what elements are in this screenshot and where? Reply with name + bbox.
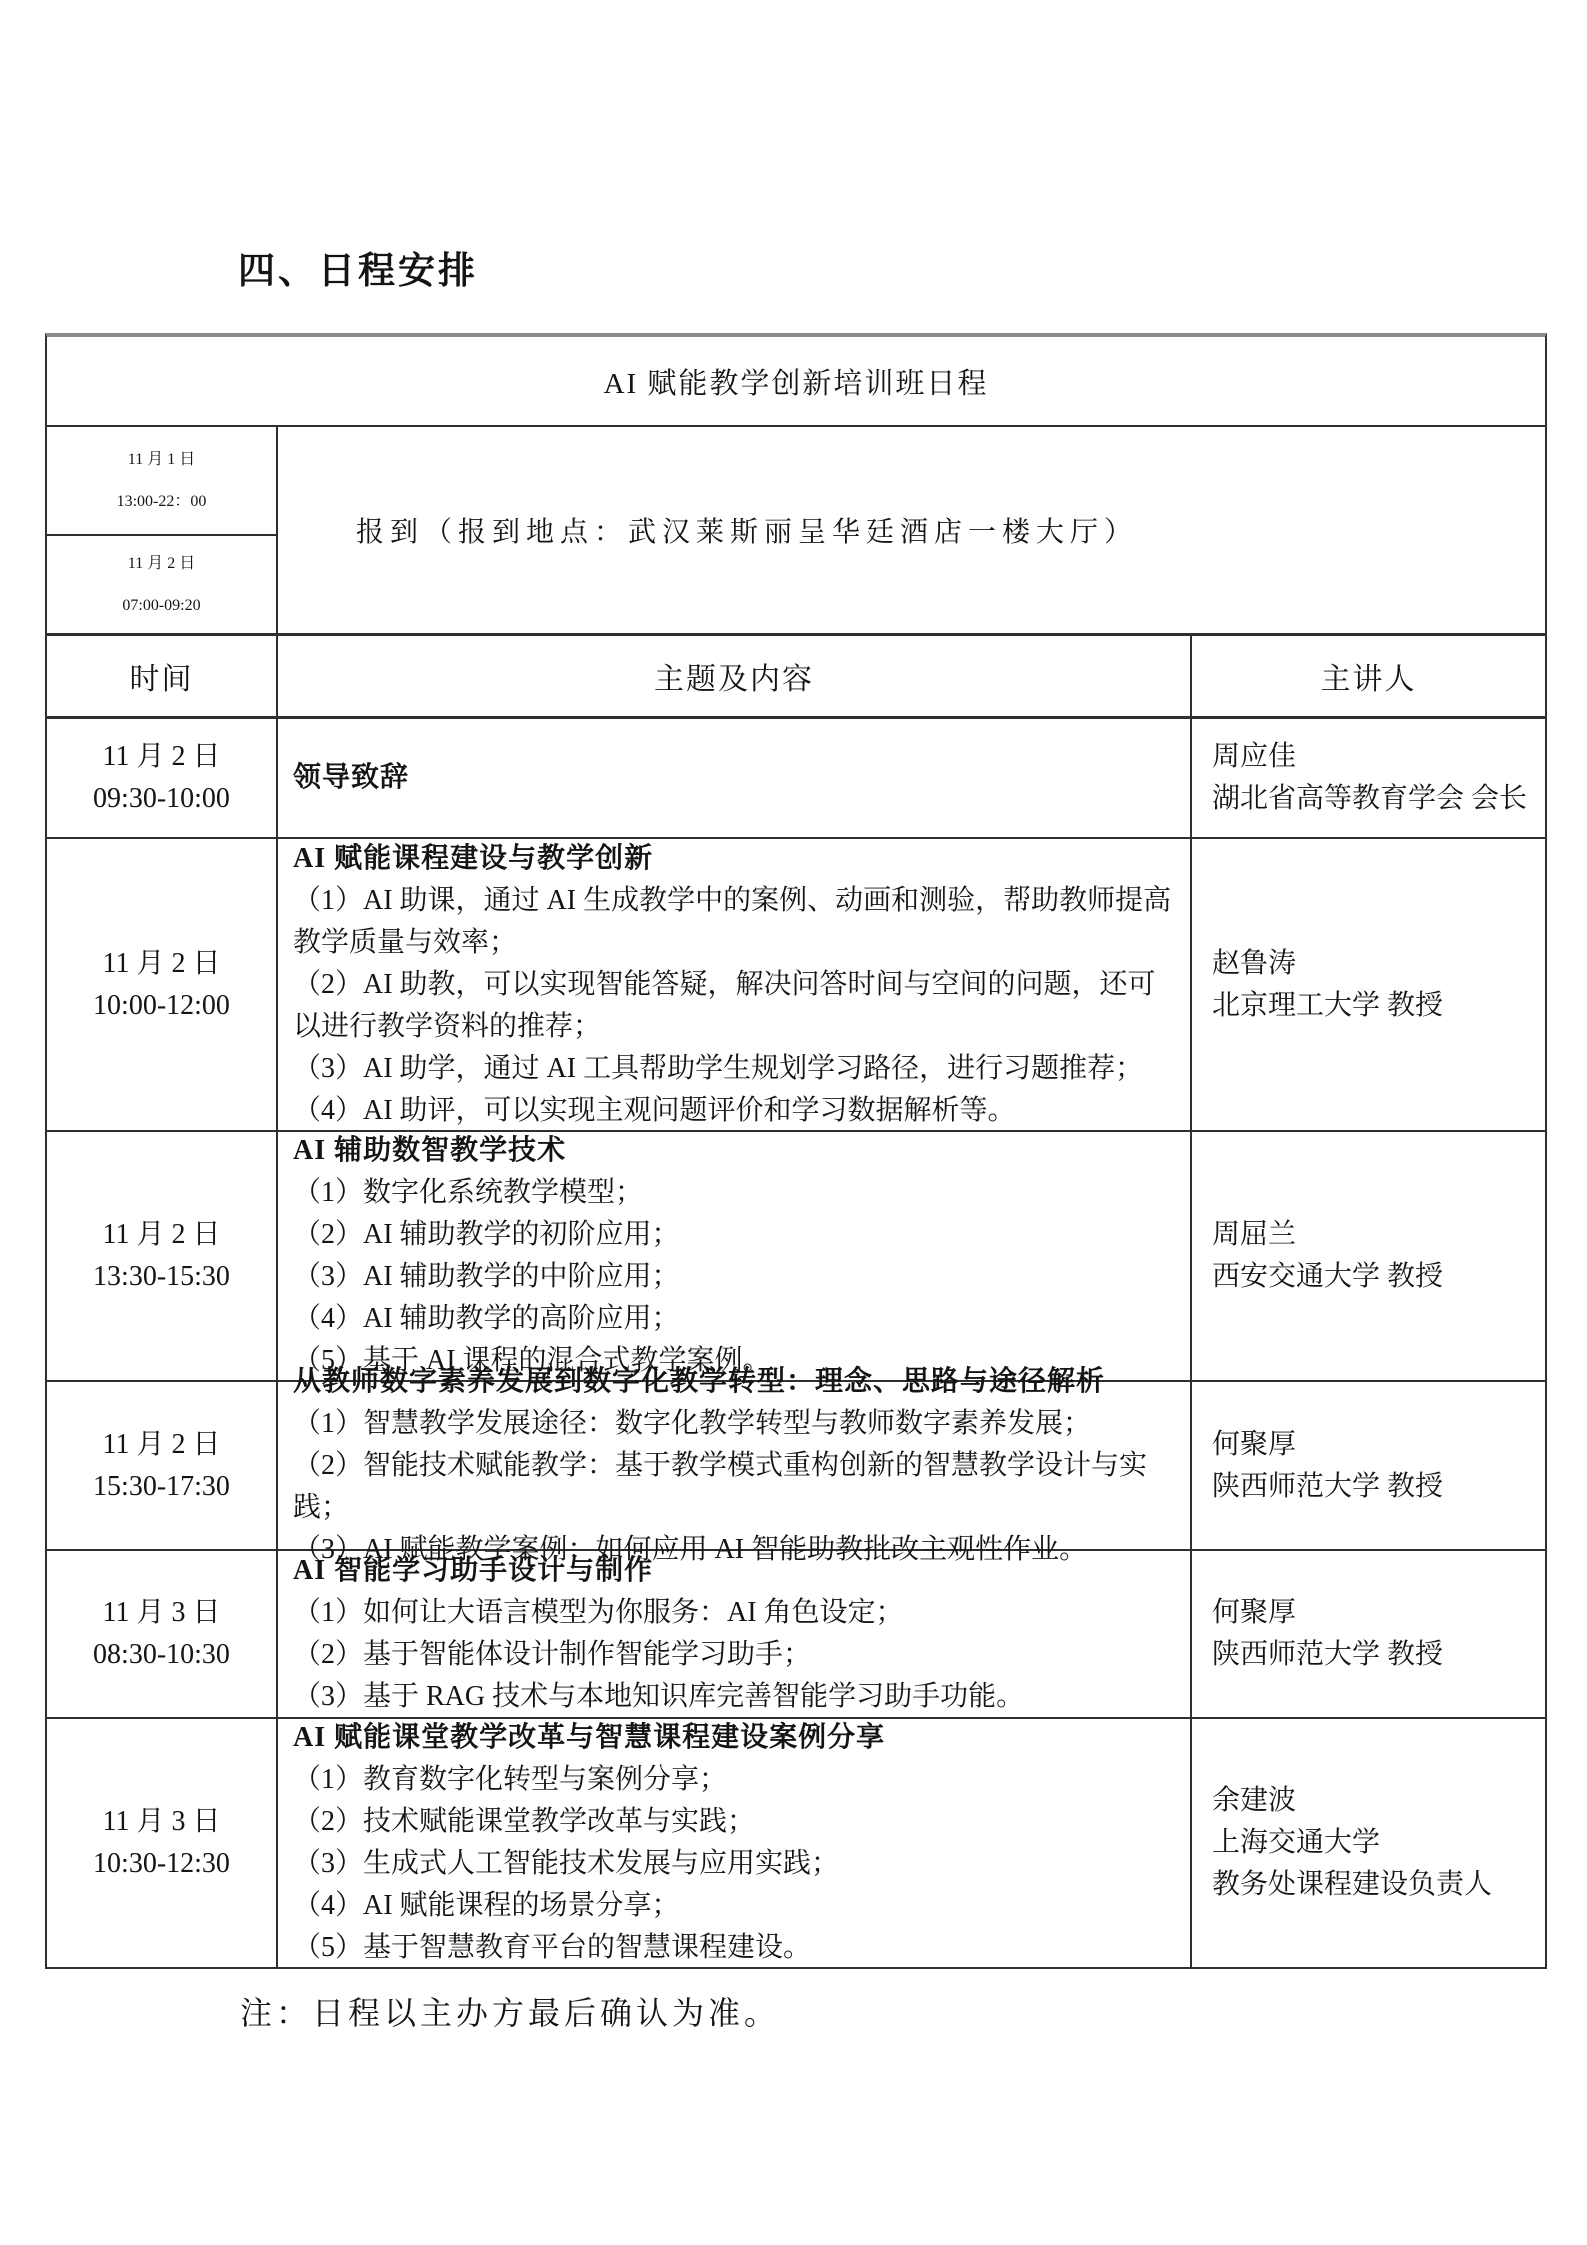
topic-item: （4）AI 辅助教学的高阶应用； bbox=[293, 1298, 1178, 1340]
speaker-affiliation: 湖北省高等教育学会 会长 bbox=[1212, 778, 1537, 820]
topic-item: （5）基于智慧教育平台的智慧课程建设。 bbox=[293, 1927, 1178, 1969]
time-cell: 11 月 3 日 10:30-12:30 bbox=[47, 1719, 278, 1967]
topic-cell: AI 赋能课程建设与教学创新 （1）AI 助课，通过 AI 生成教学中的案例、动… bbox=[278, 839, 1192, 1130]
time-cell: 11 月 2 日 09:30-10:00 bbox=[47, 719, 278, 837]
speaker-name: 何聚厚 bbox=[1212, 1592, 1537, 1634]
footnote: 注：日程以主办方最后确认为准。 bbox=[240, 1988, 780, 2034]
registration-slot-2: 11 月 2 日 07:00-09:20 bbox=[47, 536, 276, 633]
speaker-cell: 何聚厚 陕西师范大学 教授 bbox=[1192, 1551, 1545, 1717]
schedule-table: AI 赋能教学创新培训班日程 11 月 1 日 13:00-22：00 11 月… bbox=[45, 333, 1547, 1969]
speaker-name: 余建波 bbox=[1212, 1780, 1537, 1822]
speaker-cell: 周应佳 湖北省高等教育学会 会长 bbox=[1192, 719, 1545, 837]
speaker-affiliation: 陕西师范大学 教授 bbox=[1212, 1466, 1537, 1508]
speaker-affiliation: 上海交通大学 bbox=[1212, 1822, 1537, 1864]
speaker-affiliation: 北京理工大学 教授 bbox=[1212, 985, 1537, 1027]
row-date: 11 月 2 日 bbox=[103, 1214, 221, 1256]
topic-title: 领导致辞 bbox=[293, 757, 1178, 799]
topic-item: （3）AI 辅助教学的中阶应用； bbox=[293, 1256, 1178, 1298]
table-title-row: AI 赋能教学创新培训班日程 bbox=[47, 337, 1545, 425]
topic-cell: AI 智能学习助手设计与制作 （1）如何让大语言模型为你服务：AI 角色设定； … bbox=[278, 1551, 1192, 1717]
topic-item: （3）AI 助学，通过 AI 工具帮助学生规划学习路径，进行习题推荐； bbox=[293, 1048, 1178, 1090]
registration-row: 11 月 1 日 13:00-22：00 11 月 2 日 07:00-09:2… bbox=[47, 425, 1545, 633]
topic-item: （2）AI 辅助教学的初阶应用； bbox=[293, 1214, 1178, 1256]
table-row: 11 月 2 日 13:30-15:30 AI 辅助数智教学技术 （1）数字化系… bbox=[47, 1130, 1545, 1380]
topic-title: AI 辅助数智教学技术 bbox=[293, 1130, 1178, 1172]
row-date: 11 月 2 日 bbox=[103, 736, 221, 778]
table-header-row: 时间 主题及内容 主讲人 bbox=[47, 633, 1545, 719]
topic-item: （1）智慧教学发展途径：数字化教学转型与教师数字素养发展； bbox=[293, 1403, 1178, 1445]
table-row: 11 月 3 日 08:30-10:30 AI 智能学习助手设计与制作 （1）如… bbox=[47, 1549, 1545, 1717]
topic-item: （1）数字化系统教学模型； bbox=[293, 1172, 1178, 1214]
topic-cell: 领导致辞 bbox=[278, 719, 1192, 837]
topic-item: （2）技术赋能课堂教学改革与实践； bbox=[293, 1801, 1178, 1843]
topic-cell: AI 辅助数智教学技术 （1）数字化系统教学模型； （2）AI 辅助教学的初阶应… bbox=[278, 1132, 1192, 1380]
table-row: 11 月 2 日 10:00-12:00 AI 赋能课程建设与教学创新 （1）A… bbox=[47, 837, 1545, 1130]
row-time: 15:30-17:30 bbox=[93, 1466, 230, 1508]
topic-cell: 从教师数字素养发展到数字化教学转型：理念、思路与途径解析 （1）智慧教学发展途径… bbox=[278, 1382, 1192, 1549]
registration-description: 报到（报到地点：武汉莱斯丽呈华廷酒店一楼大厅） bbox=[278, 427, 1545, 633]
topic-item: （2）智能技术赋能教学：基于教学模式重构创新的智慧教学设计与实践； bbox=[293, 1445, 1178, 1529]
speaker-cell: 何聚厚 陕西师范大学 教授 bbox=[1192, 1382, 1545, 1549]
speaker-name: 赵鲁涛 bbox=[1212, 943, 1537, 985]
topic-item: （1）AI 助课，通过 AI 生成教学中的案例、动画和测验，帮助教师提高教学质量… bbox=[293, 880, 1178, 964]
topic-cell: AI 赋能课堂教学改革与智慧课程建设案例分享 （1）教育数字化转型与案例分享； … bbox=[278, 1719, 1192, 1967]
topic-item: （1）如何让大语言模型为你服务：AI 角色设定； bbox=[293, 1592, 1178, 1634]
row-date: 11 月 3 日 bbox=[103, 1592, 221, 1634]
row-date: 11 月 2 日 bbox=[103, 1424, 221, 1466]
slot-date: 11 月 1 日 bbox=[128, 439, 195, 481]
header-topic: 主题及内容 bbox=[278, 636, 1192, 716]
registration-slot-1: 11 月 1 日 13:00-22：00 bbox=[47, 427, 276, 536]
topic-item: （3）基于 RAG 技术与本地知识库完善智能学习助手功能。 bbox=[293, 1676, 1178, 1718]
row-time: 09:30-10:00 bbox=[93, 778, 230, 820]
speaker-cell: 周屈兰 西安交通大学 教授 bbox=[1192, 1132, 1545, 1380]
table-row: 11 月 2 日 09:30-10:00 领导致辞 周应佳 湖北省高等教育学会 … bbox=[47, 719, 1545, 837]
table-row: 11 月 3 日 10:30-12:30 AI 赋能课堂教学改革与智慧课程建设案… bbox=[47, 1717, 1545, 1967]
row-time: 08:30-10:30 bbox=[93, 1634, 230, 1676]
time-cell: 11 月 2 日 10:00-12:00 bbox=[47, 839, 278, 1130]
speaker-cell: 余建波 上海交通大学 教务处课程建设负责人 bbox=[1192, 1719, 1545, 1967]
slot-time: 13:00-22：00 bbox=[117, 481, 207, 523]
row-time: 10:00-12:00 bbox=[93, 985, 230, 1027]
time-cell: 11 月 3 日 08:30-10:30 bbox=[47, 1551, 278, 1717]
topic-title: AI 赋能课程建设与教学创新 bbox=[293, 838, 1178, 880]
table-row: 11 月 2 日 15:30-17:30 从教师数字素养发展到数字化教学转型：理… bbox=[47, 1380, 1545, 1549]
slot-date: 11 月 2 日 bbox=[128, 543, 195, 585]
speaker-name: 何聚厚 bbox=[1212, 1424, 1537, 1466]
speaker-cell: 赵鲁涛 北京理工大学 教授 bbox=[1192, 839, 1545, 1130]
document-page: 四、日程安排 AI 赋能教学创新培训班日程 11 月 1 日 13:00-22：… bbox=[0, 0, 1587, 2245]
speaker-role: 教务处课程建设负责人 bbox=[1212, 1864, 1537, 1906]
speaker-affiliation: 陕西师范大学 教授 bbox=[1212, 1634, 1537, 1676]
speaker-name: 周屈兰 bbox=[1212, 1214, 1537, 1256]
row-time: 10:30-12:30 bbox=[93, 1843, 230, 1885]
topic-item: （4）AI 赋能课程的场景分享； bbox=[293, 1885, 1178, 1927]
row-date: 11 月 2 日 bbox=[103, 943, 221, 985]
header-time: 时间 bbox=[47, 636, 278, 716]
row-time: 13:30-15:30 bbox=[93, 1256, 230, 1298]
topic-item: （2）基于智能体设计制作智能学习助手； bbox=[293, 1634, 1178, 1676]
speaker-affiliation: 西安交通大学 教授 bbox=[1212, 1256, 1537, 1298]
topic-item: （2）AI 助教，可以实现智能答疑，解决问答时间与空间的问题，还可以进行教学资料… bbox=[293, 964, 1178, 1048]
row-date: 11 月 3 日 bbox=[103, 1801, 221, 1843]
slot-time: 07:00-09:20 bbox=[122, 585, 200, 627]
section-title: 四、日程安排 bbox=[238, 240, 478, 294]
topic-item: （1）教育数字化转型与案例分享； bbox=[293, 1759, 1178, 1801]
table-title: AI 赋能教学创新培训班日程 bbox=[604, 361, 989, 402]
registration-time-column: 11 月 1 日 13:00-22：00 11 月 2 日 07:00-09:2… bbox=[47, 427, 278, 633]
topic-item: （4）AI 助评，可以实现主观问题评价和学习数据解析等。 bbox=[293, 1090, 1178, 1132]
header-speaker: 主讲人 bbox=[1192, 636, 1545, 716]
topic-item: （3）生成式人工智能技术发展与应用实践； bbox=[293, 1843, 1178, 1885]
speaker-name: 周应佳 bbox=[1212, 736, 1537, 778]
time-cell: 11 月 2 日 13:30-15:30 bbox=[47, 1132, 278, 1380]
topic-title: AI 赋能课堂教学改革与智慧课程建设案例分享 bbox=[293, 1717, 1178, 1759]
topic-title: 从教师数字素养发展到数字化教学转型：理念、思路与途径解析 bbox=[293, 1361, 1178, 1403]
topic-title: AI 智能学习助手设计与制作 bbox=[293, 1550, 1178, 1592]
time-cell: 11 月 2 日 15:30-17:30 bbox=[47, 1382, 278, 1549]
